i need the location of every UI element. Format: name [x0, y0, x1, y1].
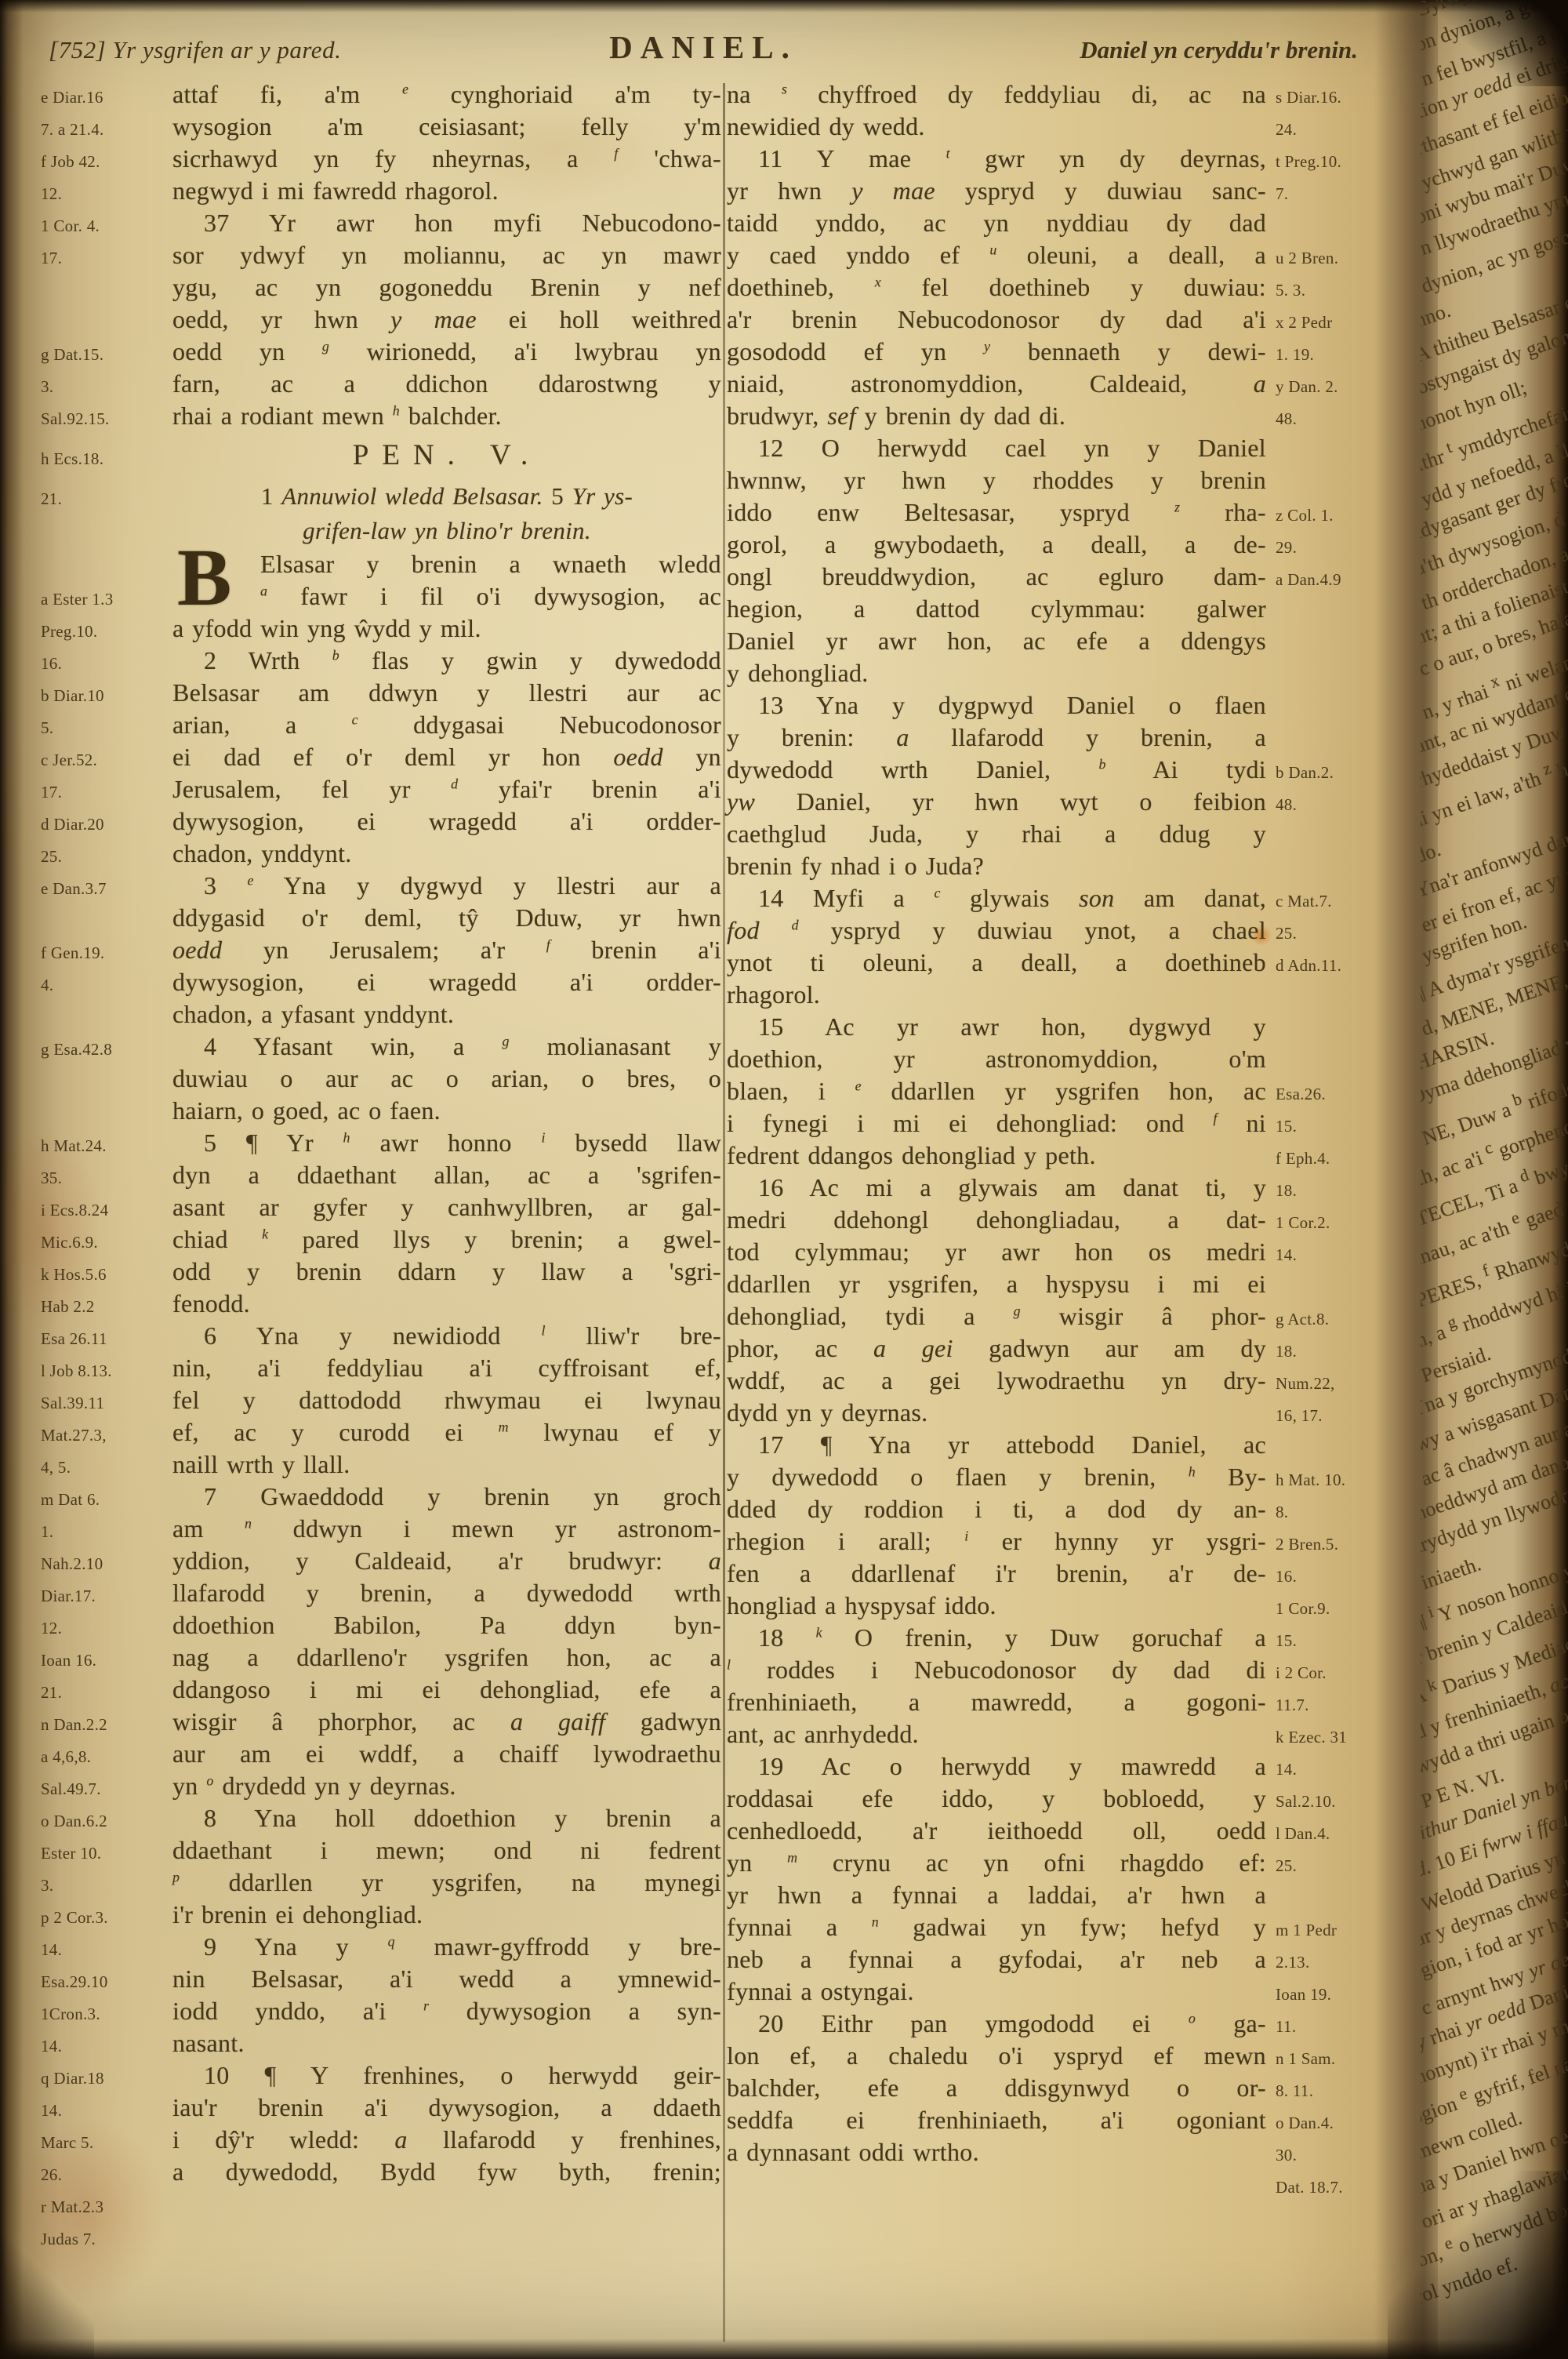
text-line: brenin fy nhad i o Juda?: [727, 850, 1390, 882]
text-line: Dat. 18.7.: [727, 2168, 1390, 2201]
text-line: gosododd ef yn y bennaeth y dewi-1. 19.: [727, 336, 1390, 368]
line-text: i fynegi i mi ei dehongliad: ond f ni: [727, 1107, 1266, 1140]
line-text: iau'r brenin a'i dywysogion, a ddaeth: [172, 2092, 721, 2124]
margin-reference-note: o Dan.6.2: [41, 1802, 172, 1837]
margin-reference-note: g Esa.42.8: [41, 1030, 172, 1066]
line-text: farn, ac a ddichon ddarostwng y: [172, 368, 721, 400]
margin-reference-note: t Preg.10.: [1266, 143, 1390, 178]
margin-reference-note: 18.: [1266, 1332, 1390, 1368]
margin-reference-note: Marc 5.: [41, 2124, 172, 2159]
line-text: ef, ac y curodd ei m lwynau ef y: [172, 1416, 721, 1448]
line-text: taidd ynddo, ac yn nyddiau dy dad: [727, 207, 1266, 239]
text-line: grifen-law yn blino'r brenin.: [41, 514, 721, 548]
line-text: p ddarllen yr ysgrifen, na mynegi: [172, 1866, 721, 1899]
facing-page-curved-edge: Gyrwy, a gwion dynion, a gwn fel bwystfi…: [1421, 0, 1568, 2359]
line-text: haiarn, o goed, ac o faen.: [172, 1095, 721, 1127]
text-line: 12.ddoethion Babilon, Pa ddyn byn-: [41, 1609, 721, 1641]
text-line: 17 ¶ Yna yr attebodd Daniel, ac: [727, 1429, 1390, 1461]
margin-reference-note: h Ecs.18.: [41, 440, 172, 475]
left-column: e Diar.16attaf fi, a'm e cynghoriaid a'm…: [41, 78, 721, 2342]
margin-reference-note: f Job 42.: [41, 143, 172, 178]
line-text: a fawr i fil o'i dywysogion, ac: [172, 580, 721, 612]
line-text: fod d yspryd y duwiau ynot, a chael: [727, 914, 1266, 947]
margin-reference-note: y Dan. 2.: [1266, 368, 1390, 403]
margin-reference-note: Sal.2.10.: [1266, 1783, 1390, 1818]
margin-reference-note: s Diar.16.: [1266, 78, 1390, 114]
line-text: 8 Yna holl ddoethion y brenin a: [172, 1802, 721, 1834]
line-text: wysogion a'm ceisiasant; felly y'm: [172, 111, 721, 143]
text-line: g Dat.15.oedd yn g wirionedd, a'i lwybra…: [41, 336, 721, 368]
margin-reference-note: Sal.39.11: [41, 1384, 172, 1419]
text-line: ynot ti oleuni, a deall, a doethinebd Ad…: [727, 947, 1390, 979]
text-line: tod cylymmau; yr awr hon os medri14.: [727, 1236, 1390, 1268]
line-text: 14 Myfi a c glywais son am danat,: [727, 882, 1266, 914]
margin-reference-note: Num.22,: [1266, 1365, 1390, 1400]
text-line: q Diar.1810 ¶ Y frenhines, o herwydd gei…: [41, 2059, 721, 2092]
book-page-scan: [752] Yr ysgrifen ar y pared. DANIEL. Da…: [0, 0, 1568, 2359]
text-line: newidied dy wedd.24.: [727, 111, 1390, 143]
text-line: ygu, ac yn gogoneddu Brenin y nef: [41, 271, 721, 304]
line-text: fynnai a ostyngai.: [727, 1976, 1266, 2008]
line-text: iddo enw Beltesasar, yspryd z rha-: [727, 496, 1266, 529]
text-line: Hab 2.2fenodd.: [41, 1288, 721, 1320]
margin-reference-note: 15.: [1266, 1622, 1390, 1657]
line-text: oedd yn Jerusalem; a'r f brenin a'i: [172, 934, 721, 966]
text-line: 14.9 Yna y q mawr-gyffrodd y bre-: [41, 1931, 721, 1963]
margin-reference-note: 16.: [1266, 1558, 1390, 1593]
text-line: o Dan.6.28 Yna holl ddoethion y brenin a: [41, 1802, 721, 1834]
margin-reference-note: u 2 Bren.: [1266, 239, 1390, 274]
text-line: fynnai a ostyngai.Ioan 19.: [727, 1976, 1390, 2008]
text-line: i Ecs.8.24asant ar gyfer y canhwyllbren,…: [41, 1191, 721, 1223]
text-line: e Diar.16attaf fi, a'm e cynghoriaid a'm…: [41, 78, 721, 111]
margin-reference-note: 17.: [41, 773, 172, 809]
text-line: doethion, yr astronomyddion, o'm: [727, 1043, 1390, 1075]
text-line: Daniel yr awr hon, ac efe a ddengys: [727, 625, 1390, 657]
margin-reference-note: p 2 Cor.3.: [41, 1899, 172, 1934]
line-text: fenodd.: [172, 1288, 721, 1320]
text-line: 14 Myfi a c glywais son am danat,c Mat.7…: [727, 882, 1390, 914]
line-text: ddygasid o'r deml, tŷ Dduw, yr hwn: [172, 902, 721, 934]
margin-reference-note: 25.: [41, 838, 172, 873]
text-line: h Ecs.18.PEN. V.: [41, 432, 721, 479]
line-text: nin Belsasar, a'i wedd a ymnewid-: [172, 1963, 721, 1995]
text-line: chadon, a yfasant ynddynt.: [41, 998, 721, 1030]
text-line: Preg.10.a yfodd win yng ŵydd y mil.: [41, 612, 721, 645]
margin-reference-note: h Mat. 10.: [1266, 1461, 1390, 1496]
text-line: yw Daniel, yr hwn wyt o feibion48.: [727, 786, 1390, 818]
margin-reference-note: d Adn.11.: [1266, 947, 1390, 982]
text-columns: e Diar.16attaf fi, a'm e cynghoriaid a'm…: [41, 78, 1394, 2342]
text-line: ant, ac anrhydedd.k Ezec. 31: [727, 1718, 1390, 1750]
line-text: Daniel yr awr hon, ac efe a ddengys: [727, 625, 1266, 657]
line-text: dywysogion, ei wragedd a'i ordder-: [172, 805, 721, 838]
text-line: 21.ddangoso i mi ei dehongliad, efe a: [41, 1674, 721, 1706]
text-line: neb a fynnai a gyfodai, a'r neb a2.13.: [727, 1943, 1390, 1976]
text-line: seddfa ei frenhiniaeth, a'i ogonianto Da…: [727, 2104, 1390, 2136]
margin-reference-note: 3.: [41, 1866, 172, 1902]
text-line: 1 Cor. 4.37 Yr awr hon myfi Nebucodono-: [41, 207, 721, 239]
margin-reference-note: Dat. 18.7.: [1266, 2168, 1390, 2204]
margin-reference-note: 29.: [1266, 529, 1390, 564]
line-text: wisgir â phorphor, ac a gaiff gadwyn: [172, 1706, 721, 1738]
line-text: dyn a ddaethant allan, ac a 'sgrifen-: [172, 1159, 721, 1191]
line-text: ddarllen yr ysgrifen, a hyspysu i mi ei: [727, 1268, 1266, 1300]
text-line: 18 k O frenin, y Duw goruchaf a15.: [727, 1622, 1390, 1654]
line-text: yw Daniel, yr hwn wyt o feibion: [727, 786, 1266, 818]
margin-reference-note: 4.: [41, 966, 172, 1001]
text-line: Mat.27.3,ef, ac y curodd ei m lwynau ef …: [41, 1416, 721, 1448]
margin-reference-note: Ioan 19.: [1266, 1976, 1390, 2011]
text-line: wddf, ac a gei lywodraethu yn dry-Num.22…: [727, 1365, 1390, 1397]
line-text: doethineb, x fel doethineb y duwiau:: [727, 271, 1266, 304]
line-text: fen a ddarllenaf i'r brenin, a'r de-: [727, 1558, 1266, 1590]
margin-reference-note: [41, 325, 172, 328]
line-text: chadon, ynddynt.: [172, 838, 721, 870]
margin-reference-note: [1266, 1450, 1390, 1453]
line-text: ynot ti oleuni, a deall, a doethineb: [727, 947, 1266, 979]
line-text: ddaethant i mewn; ond ni fedrent: [172, 1834, 721, 1866]
line-text: newidied dy wedd.: [727, 111, 1266, 143]
line-text: 19 Ac o herwydd y mawredd a: [727, 1750, 1266, 1783]
line-text: grifen-law yn blino'r brenin.: [172, 514, 721, 548]
margin-reference-note: Nah.2.10: [41, 1545, 172, 1580]
text-line: brudwyr, sef y brenin dy dad di.48.: [727, 400, 1390, 432]
margin-reference-note: q Diar.18: [41, 2059, 172, 2095]
line-text: tod cylymmau; yr awr hon os medri: [727, 1236, 1266, 1268]
header-right-running-title: Daniel yn ceryddu'r brenin.: [797, 36, 1381, 64]
margin-reference-note: [41, 923, 172, 926]
text-line: 4.dywysogion, ei wragedd a'i ordder-: [41, 966, 721, 998]
text-line: fedrent ddangos dehongliad y peth.f Eph.…: [727, 1140, 1390, 1172]
text-line: 1.am n ddwyn i mewn yr astronom-: [41, 1513, 721, 1545]
text-line: Esa.29.10nin Belsasar, a'i wedd a ymnewi…: [41, 1963, 721, 1995]
text-line: yr hwn a fynnai a laddai, a'r hwn a: [727, 1879, 1390, 1911]
text-line: Sal.49.7.yn o drydedd yn y deyrnas.: [41, 1770, 721, 1802]
margin-reference-note: 12.: [41, 175, 172, 210]
text-line: 11 Y mae t gwr yn dy deyrnas,t Preg.10.: [727, 143, 1390, 175]
margin-reference-note: g Dat.15.: [41, 336, 172, 371]
text-line: fen a ddarllenaf i'r brenin, a'r de-16.: [727, 1558, 1390, 1590]
line-text: 4 Yfasant win, a g molianasant y: [172, 1030, 721, 1063]
line-text: asant ar gyfer y canhwyllbren, ar gal-: [172, 1191, 721, 1223]
text-line: 19 Ac o herwydd y mawredd a14.: [727, 1750, 1390, 1783]
text-line: 16 Ac mi a glywais am danat ti, y18.: [727, 1172, 1390, 1204]
margin-reference-note: [1266, 839, 1390, 842]
line-text: 18 k O frenin, y Duw goruchaf a: [727, 1622, 1266, 1654]
photo-corner-shadow: [0, 2234, 94, 2359]
margin-reference-note: 48.: [1266, 786, 1390, 821]
margin-reference-note: [41, 293, 172, 296]
margin-reference-note: 30.: [1266, 2136, 1390, 2172]
line-text: ei dad ef o'r deml yr hon oedd yn: [172, 741, 721, 773]
margin-reference-note: 14.: [41, 2027, 172, 2063]
text-line: y caed ynddo ef u oleuni, a deall, au 2 …: [727, 239, 1390, 271]
text-line: k Hos.5.6odd y brenin ddarn y llaw a 'sg…: [41, 1256, 721, 1288]
line-text: y brenin: a llafarodd y brenin, a: [727, 722, 1266, 754]
text-line: 17.sor ydwyf yn moliannu, ac yn mawr: [41, 239, 721, 271]
line-text: ongl breuddwydion, ac egluro dam-: [727, 561, 1266, 593]
text-line: y brenin: a llafarodd y brenin, a: [727, 722, 1390, 754]
margin-reference-note: 26.: [41, 2156, 172, 2191]
line-text: i dŷ'r wledd: a llafarodd y frenhines,: [172, 2124, 721, 2156]
line-text: niaid, astronomyddion, Caldeaid, a: [727, 368, 1266, 400]
margin-reference-note: 8. 11.: [1266, 2072, 1390, 2107]
line-text: iodd ynddo, a'i r dywysogion a syn-: [172, 1995, 721, 2027]
text-line: h Mat.24.5 ¶ Yr h awr honno i bysedd lla…: [41, 1127, 721, 1159]
margin-reference-note: Mic.6.9.: [41, 1223, 172, 1259]
margin-reference-note: Mat.27.3,: [41, 1416, 172, 1452]
text-line: b Diar.10Belsasar am ddwyn y llestri aur…: [41, 677, 721, 709]
text-line: haiarn, o goed, ac o faen.: [41, 1095, 721, 1127]
text-line: BElsasar y brenin a wnaeth wledd: [41, 548, 721, 580]
text-line: 17.Jerusalem, fel yr d yfai'r brenin a'i: [41, 773, 721, 805]
text-line: 3.p ddarllen yr ysgrifen, na mynegi: [41, 1866, 721, 1899]
text-line: n Dan.2.2wisgir â phorphor, ac a gaiff g…: [41, 1706, 721, 1738]
line-text: oedd yn g wirionedd, a'i lwybrau yn: [172, 336, 721, 368]
margin-reference-note: f Eph.4.: [1266, 1140, 1390, 1175]
photo-corner-shadow: [1388, 2171, 1568, 2359]
margin-reference-note: 7.: [1266, 175, 1390, 210]
margin-reference-note: 1 Cor.9.: [1266, 1590, 1390, 1625]
margin-reference-note: [1266, 614, 1390, 617]
text-line: e Dan.3.73 e Yna y dygwyd y llestri aur …: [41, 870, 721, 902]
text-line: i fynegi i mi ei dehongliad: ond f ni15.: [727, 1107, 1390, 1140]
line-text: 10 ¶ Y frenhines, o herwydd geir-: [172, 2059, 721, 2092]
line-text: seddfa ei frenhiniaeth, a'i ogoniant: [727, 2104, 1266, 2136]
line-text: llafarodd y brenin, a dywedodd wrth: [172, 1577, 721, 1609]
text-line: hegion, a dattod cylymmau: galwer: [727, 593, 1390, 625]
line-text: Jerusalem, fel yr d yfai'r brenin a'i: [172, 773, 721, 805]
margin-reference-note: 24.: [1266, 111, 1390, 146]
text-line: 13 Yna y dygpwyd Daniel o flaen: [727, 689, 1390, 722]
margin-reference-note: 5. 3.: [1266, 271, 1390, 307]
line-text: 9 Yna y q mawr-gyffrodd y bre-: [172, 1931, 721, 1963]
text-line: 12 O herwydd cael yn y Daniel: [727, 432, 1390, 464]
line-text: 13 Yna y dygpwyd Daniel o flaen: [727, 689, 1266, 722]
text-line: a 4,6,8.aur am ei wddf, a chaiff lywodra…: [41, 1738, 721, 1770]
line-text: odd y brenin ddarn y llaw a 'sgri-: [172, 1256, 721, 1288]
text-line: roddasai efe iddo, y bobloedd, ySal.2.10…: [727, 1783, 1390, 1815]
margin-reference-note: a Dan.4.9: [1266, 561, 1390, 596]
line-text: cenhedloedd, a'r ieithoedd oll, oedd: [727, 1815, 1266, 1847]
text-line: ddarllen yr ysgrifen, a hyspysu i mi ei: [727, 1268, 1390, 1300]
margin-reference-note: Diar.17.: [41, 1577, 172, 1612]
text-line: fod d yspryd y duwiau ynot, a chael25.: [727, 914, 1390, 947]
text-line: iddo enw Beltesasar, yspryd z rha-z Col.…: [727, 496, 1390, 529]
margin-reference-note: 16, 17.: [1266, 1397, 1390, 1432]
text-line: c Jer.52.ei dad ef o'r deml yr hon oedd …: [41, 741, 721, 773]
line-text: fedrent ddangos dehongliad y peth.: [727, 1140, 1266, 1172]
text-line: a Ester 1.3a fawr i fil o'i dywysogion, …: [41, 580, 721, 612]
margin-reference-note: i 2 Cor.: [1266, 1654, 1390, 1689]
line-text: Belsasar am ddwyn y llestri aur ac: [172, 677, 721, 709]
line-text: y caed ynddo ef u oleuni, a deall, a: [727, 239, 1266, 271]
margin-reference-note: g Act.8.: [1266, 1300, 1390, 1336]
line-text: doethion, yr astronomyddion, o'm: [727, 1043, 1266, 1075]
margin-reference-note: 5.: [41, 709, 172, 744]
text-line: Ioan 16.nag a ddarlleno'r ysgrifen hon, …: [41, 1641, 721, 1674]
line-text: 12 O herwydd cael yn y Daniel: [727, 432, 1266, 464]
text-line: rhegion i arall; i er hynny yr ysgri-2 B…: [727, 1525, 1390, 1558]
margin-reference-note: [1266, 646, 1390, 649]
text-line: 14.nasant.: [41, 2027, 721, 2059]
text-line: doethineb, x fel doethineb y duwiau:5. 3…: [727, 271, 1390, 304]
margin-reference-note: n 1 Sam.: [1266, 2040, 1390, 2075]
margin-reference-note: 4, 5.: [41, 1448, 172, 1484]
text-line: r Mat.2.3: [41, 2188, 721, 2220]
line-text: 20 Eithr pan ymgododd ei o ga-: [727, 2008, 1266, 2040]
margin-reference-note: [41, 1116, 172, 1119]
margin-reference-note: [41, 1020, 172, 1023]
text-line: blaen, i e ddarllen yr ysgrifen hon, acE…: [727, 1075, 1390, 1107]
text-line: 26.a dywedodd, Bydd fyw byth, frenin;: [41, 2156, 721, 2188]
line-text: caethglud Juda, y rhai a ddug y: [727, 818, 1266, 850]
margin-reference-note: 17.: [41, 239, 172, 274]
margin-reference-note: 8.: [1266, 1493, 1390, 1528]
line-text: yr hwn y mae yspryd y duwiau sanc-: [727, 175, 1266, 207]
text-line: rhagorol.: [727, 979, 1390, 1011]
line-text: naill wrth y llall.: [172, 1448, 721, 1481]
line-text: sor ydwyf yn moliannu, ac yn mawr: [172, 239, 721, 271]
margin-reference-note: b Diar.10: [41, 677, 172, 712]
margin-reference-note: b Dan.2.: [1266, 754, 1390, 789]
margin-reference-note: 14.: [41, 1931, 172, 1966]
line-text: ant, ac anrhydedd.: [727, 1718, 1266, 1750]
line-text: sicrhawyd yn fy nheyrnas, a f 'chwa-: [172, 143, 721, 175]
text-line: taidd ynddo, ac yn nyddiau dy dad: [727, 207, 1390, 239]
line-text: dded dy roddion i ti, a dod dy an-: [727, 1493, 1266, 1525]
text-line: medri ddehongl dehongliadau, a dat-1 Cor…: [727, 1204, 1390, 1236]
line-text: gosododd ef yn y bennaeth y dewi-: [727, 336, 1266, 368]
margin-reference-note: 18.: [1266, 1172, 1390, 1207]
margin-reference-note: 14.: [1266, 1750, 1390, 1786]
text-line: f Gen.19.oedd yn Jerusalem; a'r f brenin…: [41, 934, 721, 966]
line-text: medri ddehongl dehongliadau, a dat-: [727, 1204, 1266, 1236]
line-text: arian, a c ddygasai Nebucodonosor: [172, 709, 721, 741]
header-left-running-title: [752] Yr ysgrifen ar y pared.: [49, 36, 609, 64]
text-line: 14.iau'r brenin a'i dywysogion, a ddaeth: [41, 2092, 721, 2124]
margin-reference-note: 12.: [41, 1609, 172, 1645]
text-line: 20 Eithr pan ymgododd ei o ga-11.: [727, 2008, 1390, 2040]
line-text: dywedodd wrth Daniel, b Ai tydi: [727, 754, 1266, 786]
text-line: duwiau o aur ac o arian, o bres, o: [41, 1063, 721, 1095]
line-text: chiad k pared llys y brenin; a gwel-: [172, 1223, 721, 1256]
line-text: negwyd i mi fawredd rhagorol.: [172, 175, 721, 207]
margin-reference-note: k Ezec. 31: [1266, 1718, 1390, 1754]
margin-reference-note: 1Cron.3.: [41, 1995, 172, 2030]
margin-reference-note: m 1 Pedr: [1266, 1911, 1390, 1946]
margin-reference-note: [1266, 485, 1390, 489]
text-line: 21.1 Annuwiol wledd Belsasar. 5 Yr ys-: [41, 479, 721, 514]
line-text: am n ddwyn i mewn yr astronom-: [172, 1513, 721, 1545]
line-text: dywysogion, ei wragedd a'i ordder-: [172, 966, 721, 998]
line-text: 1 Annuwiol wledd Belsasar. 5 Yr ys-: [172, 479, 721, 514]
margin-reference-note: o Dan.4.: [1266, 2104, 1390, 2139]
line-text: 2 Wrth b flas y gwin y dywedodd: [172, 645, 721, 677]
line-text: 5 ¶ Yr h awr honno i bysedd llaw: [172, 1127, 721, 1159]
margin-reference-note: 1 Cor.2.: [1266, 1204, 1390, 1239]
text-line: niaid, astronomyddion, Caldeaid, ay Dan.…: [727, 368, 1390, 400]
line-text: oedd, yr hwn y mae ei holl weithred: [172, 304, 721, 336]
line-text: 3 e Yna y dygwyd y llestri aur a: [172, 870, 721, 902]
margin-reference-note: a 4,6,8.: [41, 1738, 172, 1773]
line-text: duwiau o aur ac o arian, o bres, o: [172, 1063, 721, 1095]
margin-reference-note: i Ecs.8.24: [41, 1191, 172, 1227]
line-text: 17 ¶ Yna yr attebodd Daniel, ac: [727, 1429, 1266, 1461]
text-line: d Diar.20dywysogion, ei wragedd a'i ordd…: [41, 805, 721, 838]
text-line: g Esa.42.84 Yfasant win, a g molianasant…: [41, 1030, 721, 1063]
text-line: frenhiniaeth, a mawredd, a gogoni-11.7.: [727, 1686, 1390, 1718]
line-text: yddion, y Caldeaid, a'r brudwyr: a: [172, 1545, 721, 1577]
margin-reference-note: 14.: [1266, 1236, 1390, 1271]
text-line: Judas 7.: [41, 2220, 721, 2252]
line-text: dehongliad, tydi a g wisgir â phor-: [727, 1300, 1266, 1332]
line-text: 15 Ac yr awr hon, dygwyd y: [727, 1011, 1266, 1043]
line-text: l roddes i Nebucodonosor dy dad di: [727, 1654, 1266, 1686]
text-line: 25.chadon, ynddynt.: [41, 838, 721, 870]
photo-corner-shadow: [1419, 0, 1568, 86]
line-text: dydd yn y deyrnas.: [727, 1397, 1266, 1429]
line-text: gorol, a gwybodaeth, a deall, a de-: [727, 529, 1266, 561]
column-divider-rule: [723, 83, 725, 2342]
margin-reference-note: 3.: [41, 368, 172, 403]
text-line: lon ef, a chaledu o'i yspryd ef mewnn 1 …: [727, 2040, 1390, 2072]
line-text: yn m crynu ac yn ofni rhagddo ef:: [727, 1847, 1266, 1879]
margin-reference-note: 1 Cor. 4.: [41, 207, 172, 242]
margin-reference-note: Sal.92.15.: [41, 400, 172, 435]
line-text: 37 Yr awr hon myfi Nebucodono-: [172, 207, 721, 239]
line-text: fynnai a n gadwai yn fyw; hefyd y: [727, 1911, 1266, 1943]
margin-reference-note: [1266, 1900, 1390, 1903]
margin-reference-note: Ester 10.: [41, 1834, 172, 1870]
text-line: Marc 5.i dŷ'r wledd: a llafarodd y frenh…: [41, 2124, 721, 2156]
line-text: chadon, a yfasant ynddynt.: [172, 998, 721, 1030]
text-line: 35.dyn a ddaethant allan, ac a 'sgrifen-: [41, 1159, 721, 1191]
margin-reference-note: m Dat 6.: [41, 1481, 172, 1516]
margin-reference-note: [41, 536, 172, 539]
margin-reference-note: 1. 19.: [1266, 336, 1390, 371]
line-text: brenin fy nhad i o Juda?: [727, 850, 1266, 882]
margin-reference-note: [1266, 871, 1390, 874]
text-line: yn m crynu ac yn ofni rhagddo ef:25.: [727, 1847, 1390, 1879]
margin-reference-note: 7. a 21.4.: [41, 111, 172, 146]
line-text: na s chyffroed dy feddyliau di, ac na: [727, 78, 1266, 111]
margin-reference-note: k Hos.5.6: [41, 1256, 172, 1291]
text-line: 15 Ac yr awr hon, dygwyd y: [727, 1011, 1390, 1043]
margin-reference-note: Esa 26.11: [41, 1320, 172, 1355]
margin-reference-note: e Dan.3.7: [41, 870, 172, 905]
margin-reference-note: 25.: [1266, 1847, 1390, 1882]
text-line: dywedodd wrth Daniel, b Ai tydib Dan.2.: [727, 754, 1390, 786]
margin-reference-note: 25.: [1266, 914, 1390, 950]
line-text: attaf fi, a'm e cynghoriaid a'm ty-: [172, 78, 721, 111]
line-text: 7 Gwaeddodd y brenin yn groch: [172, 1481, 721, 1513]
text-line: hongliad a hyspysaf iddo.1 Cor.9.: [727, 1590, 1390, 1622]
line-text: yr hwn a fynnai a laddai, a'r hwn a: [727, 1879, 1266, 1911]
text-line: Esa 26.116 Yna y newidiodd l lliw'r bre-: [41, 1320, 721, 1352]
text-line: 1Cron.3.iodd ynddo, a'i r dywysogion a s…: [41, 1995, 721, 2027]
margin-reference-note: [1266, 1032, 1390, 1035]
right-column: na s chyffroed dy feddyliau di, ac nas D…: [727, 78, 1390, 2342]
text-line: ddygasid o'r deml, tŷ Dduw, yr hwn: [41, 902, 721, 934]
line-text: a dywedodd, Bydd fyw byth, frenin;: [172, 2156, 721, 2188]
line-text: fel y dattododd rhwymau ei lwynau: [172, 1384, 721, 1416]
line-text: wddf, ac a gei lywodraethu yn dry-: [727, 1365, 1266, 1397]
margin-reference-note: 21.: [41, 480, 172, 515]
line-text: PEN. V.: [172, 432, 721, 479]
line-text: phor, ac a gei gadwyn aur am dy: [727, 1332, 1266, 1365]
